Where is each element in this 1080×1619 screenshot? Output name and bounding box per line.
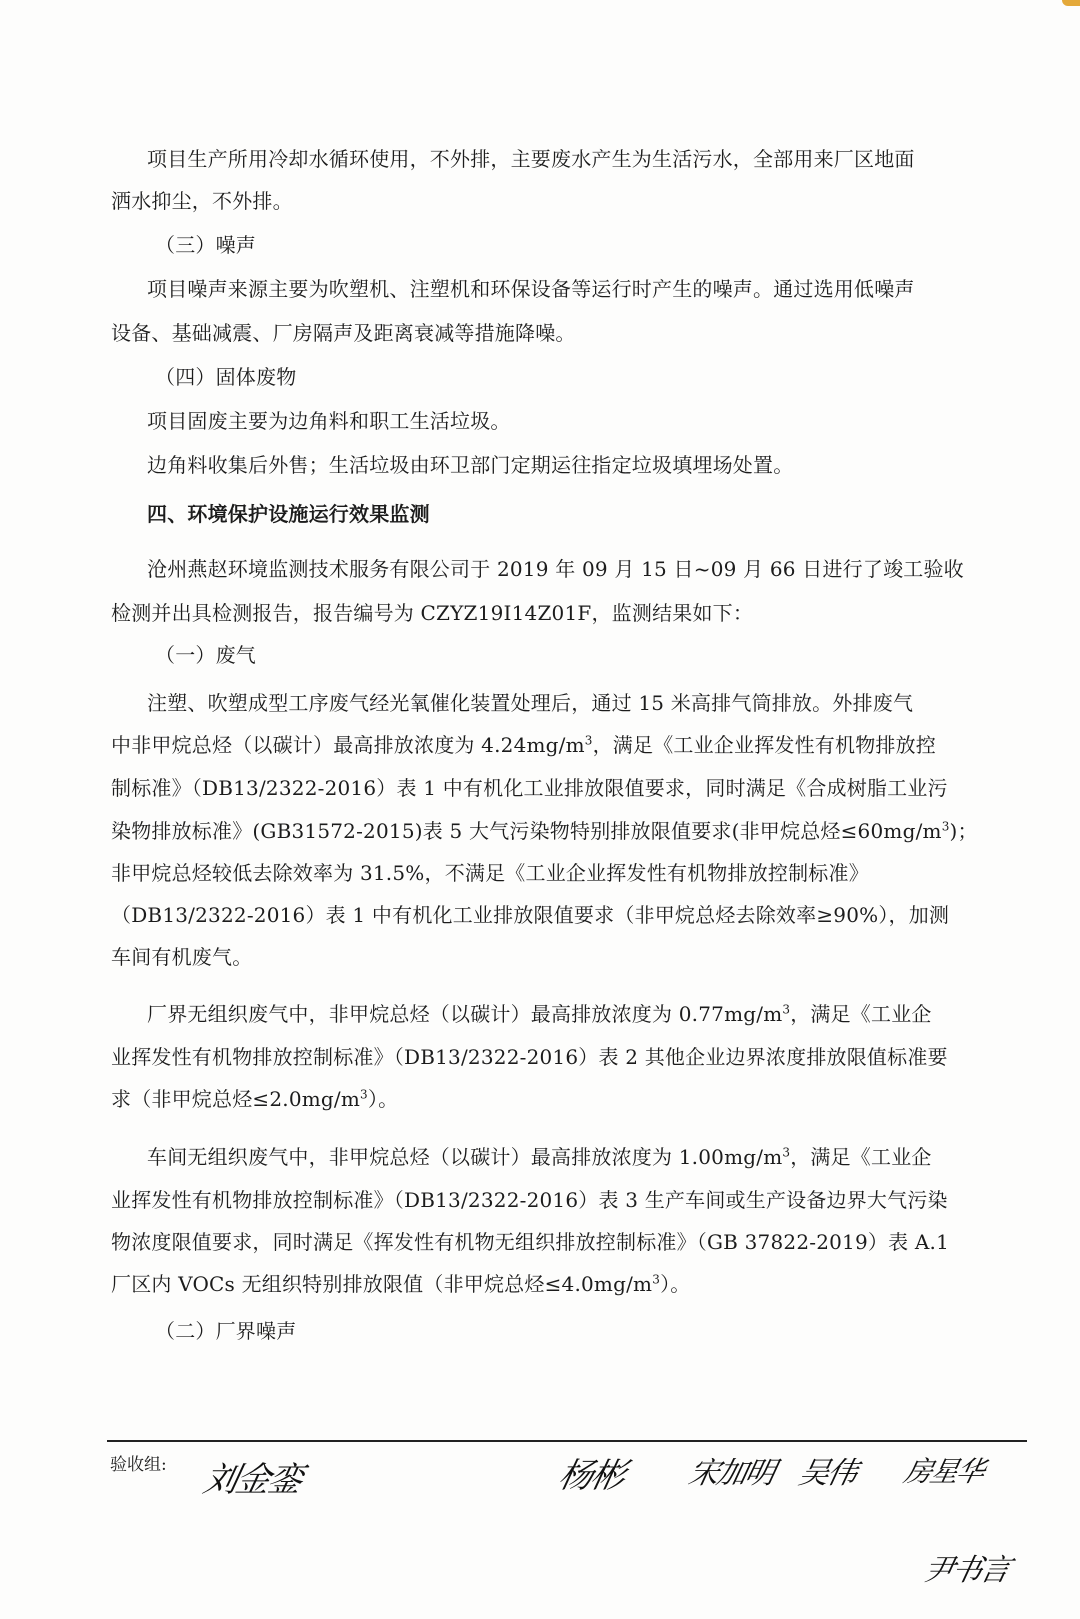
boundary-line1-text-a: 厂界无组织废气中，非甲烷总烃（以碳计）最高排放浓度为 0.77mg/m — [147, 1002, 782, 1026]
heading-noise: （三）噪声 — [155, 231, 256, 259]
paragraph-workshop-line2: 业挥发性有机物排放控制标准》（DB13/2322-2016）表 3 生产车间或生… — [111, 1186, 948, 1214]
paragraph-gas-line3: 制标准》（DB13/2322-2016）表 1 中有机化工业排放限值要求，同时满… — [111, 774, 948, 802]
paragraph-boundary-line2: 业挥发性有机物排放控制标准》（DB13/2322-2016）表 2 其他企业边界… — [111, 1043, 948, 1071]
paragraph-gas-line7: 车间有机废气。 — [111, 943, 252, 971]
workshop-line4-text-a: 厂区内 VOCs 无组织特别排放限值（非甲烷总烃≤4.0mg/m — [111, 1272, 652, 1296]
boundary-line3-text-a: 求（非甲烷总烃≤2.0mg/m — [111, 1087, 360, 1111]
paragraph-gas-line6: （DB13/2322-2016）表 1 中有机化工业排放限值要求（非甲烷总烃去除… — [111, 901, 949, 929]
workshop-line1-text-a: 车间无组织废气中，非甲烷总烃（以碳计）最高排放浓度为 1.00mg/m — [147, 1145, 782, 1169]
paragraph-solid-line2: 边角料收集后外售；生活垃圾由环卫部门定期运往指定垃圾填埋场处置。 — [147, 451, 793, 479]
paragraph-monitor-line1: 沧州燕赵环境监测技术服务有限公司于 2019 年 09 月 15 日~09 月 … — [147, 555, 964, 583]
paragraph-noise-line1: 项目噪声来源主要为吹塑机、注塑机和环保设备等运行时产生的噪声。通过选用低噪声 — [147, 275, 915, 303]
footer-divider — [107, 1440, 1027, 1442]
boundary-line1-text-b: ，满足《工业企 — [790, 1002, 931, 1026]
paragraph-workshop-line3: 物浓度限值要求，同时满足《挥发性有机物无组织排放控制标准》（GB 37822-2… — [111, 1228, 949, 1256]
signature-3: 宋加明 — [685, 1448, 778, 1492]
acceptance-group-label: 验收组: — [110, 1450, 167, 1475]
gas-line4-text-a: 染物排放标准》(GB31572-2015)表 5 大气污染物特别排放限值要求(非… — [111, 819, 942, 843]
signature-2: 杨彬 — [555, 1448, 629, 1497]
paragraph-gas-line1: 注塑、吹塑成型工序废气经光氧催化装置处理后，通过 15 米高排气筒排放。外排废气 — [147, 689, 913, 717]
gas-line4-text-b: )； — [950, 819, 978, 843]
superscript-3: 3 — [585, 733, 593, 747]
document-page: 项目生产所用冷却水循环使用，不外排，主要废水产生为生活污水，全部用来厂区地面 洒… — [0, 0, 1080, 1619]
paragraph-monitor-line2: 检测并出具检测报告，报告编号为 CZYZ19I14Z01F，监测结果如下： — [111, 599, 753, 627]
heading-solid-waste: （四）固体废物 — [155, 363, 296, 391]
paragraph-gas-line4: 染物排放标准》(GB31572-2015)表 5 大气污染物特别排放限值要求(非… — [111, 817, 978, 845]
superscript-3: 3 — [652, 1272, 660, 1286]
paragraph-noise-line2: 设备、基础减震、厂房隔声及距离衰减等措施降噪。 — [111, 319, 576, 347]
paragraph-boundary-line3: 求（非甲烷总烃≤2.0mg/m3）。 — [111, 1085, 398, 1113]
section-heading-monitoring: 四、环境保护设施运行效果监测 — [147, 500, 430, 528]
paragraph-workshop-line4: 厂区内 VOCs 无组织特别排放限值（非甲烷总烃≤4.0mg/m3）。 — [111, 1270, 690, 1298]
paragraph-gas-line5: 非甲烷总烃较低去除效率为 31.5%，不满足《工业企业挥发性有机物排放控制标准》 — [111, 859, 869, 887]
superscript-3: 3 — [942, 819, 950, 833]
gas-line2-text-b: ，满足《工业企业挥发性有机物排放控 — [593, 733, 936, 757]
workshop-line4-text-b: ）。 — [660, 1272, 690, 1296]
signature-4: 吴伟 — [795, 1448, 860, 1492]
workshop-line1-text-b: ，满足《工业企 — [790, 1145, 931, 1169]
paragraph-gas-line2: 中非甲烷总烃（以碳计）最高排放浓度为 4.24mg/m3，满足《工业企业挥发性有… — [111, 731, 936, 759]
boundary-line3-text-b: ）。 — [368, 1087, 398, 1111]
superscript-3: 3 — [360, 1087, 368, 1101]
paragraph-boundary-line1: 厂界无组织废气中，非甲烷总烃（以碳计）最高排放浓度为 0.77mg/m3，满足《… — [147, 1000, 932, 1028]
signature-5: 房星华 — [901, 1450, 988, 1490]
scan-edge-mark — [1062, 0, 1080, 6]
heading-boundary-noise: （二）厂界噪声 — [155, 1317, 296, 1345]
paragraph-solid-line1: 项目固废主要为边角料和职工生活垃圾。 — [147, 407, 511, 435]
paragraph-workshop-line1: 车间无组织废气中，非甲烷总烃（以碳计）最高排放浓度为 1.00mg/m3，满足《… — [147, 1143, 932, 1171]
heading-exhaust-gas: （一）废气 — [155, 641, 256, 669]
signature-6: 尹书言 — [920, 1545, 1013, 1589]
gas-line2-text-a: 中非甲烷总烃（以碳计）最高排放浓度为 4.24mg/m — [111, 733, 585, 757]
paragraph-water-line2: 洒水抑尘，不外排。 — [111, 187, 293, 215]
paragraph-water-line1: 项目生产所用冷却水循环使用，不外排，主要废水产生为生活污水，全部用来厂区地面 — [147, 145, 915, 173]
signature-1: 刘金銮 — [200, 1452, 306, 1501]
